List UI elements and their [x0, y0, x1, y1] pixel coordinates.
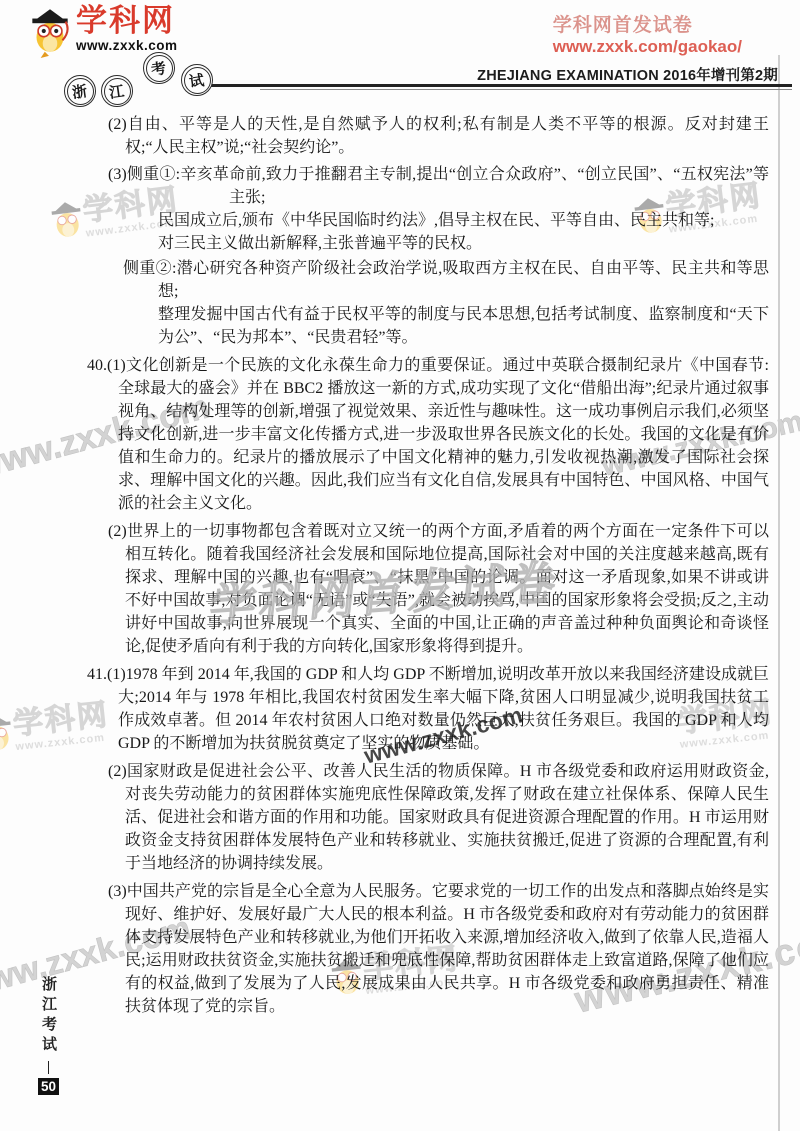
answer-paragraph: (2)国家财政是促进社会公平、改善人民生活的物质保障。H 市各级党委和政府运用财…: [87, 760, 769, 875]
answer-paragraph: 侧重②:潜心研究各种资产阶级社会政治学说,吸取西方主权在民、自由平等、民主共和等…: [87, 257, 769, 303]
owl-mascot-icon: [28, 4, 72, 58]
header-right: 学科网首发试卷 www.zxxk.com/gaokao/: [553, 10, 742, 57]
owl-mascot-icon: [0, 709, 17, 761]
spine: 浙江考试 50: [38, 976, 59, 1095]
answer-paragraph: 对三民主义做出新解释,主张普遍平等的民权。: [87, 232, 769, 255]
answer-paragraph: (3)中国共产党的宗旨是全心全意为人民服务。它要求党的一切工作的出发点和落脚点始…: [87, 880, 769, 1018]
seal-stamp: 浙: [64, 75, 96, 107]
owl-mascot-icon: [47, 196, 87, 249]
scan-edge-line: [778, 55, 780, 1131]
answers-section: (2)自由、平等是人的天性,是自然赋予人的权利;私有制是人类不平等的根源。反对封…: [87, 108, 769, 1018]
scanned-exam-page: 学科网 www.zxxk.com 学科网首发试卷 www.zxxk.com/ga…: [0, 0, 800, 1131]
spine-label: 浙江考试: [38, 976, 59, 1056]
brand-name: 学科网: [76, 4, 178, 38]
answer-paragraph: 整理发掘中国古代有益于民权平等的制度与民本思想,包括考试制度、监察制度和“天下为…: [87, 303, 769, 349]
seal-stamp: 考: [143, 52, 175, 84]
answer-paragraph: 民国成立后,颁布《中华民国临时约法》,倡导主权在民、平等自由、民主共和等;: [87, 209, 769, 232]
spine-dash: [48, 1061, 50, 1074]
answer-paragraph: 41.(1)1978 年到 2014 年,我国的 GDP 和人均 GDP 不断增…: [87, 663, 769, 755]
answer-paragraph: 40.(1)文化创新是一个民族的文化永葆生命力的重要保证。通过中英联合摄制纪录片…: [87, 354, 769, 515]
journal-title: ZHEJIANG EXAMINATION 2016年增刊第2期: [477, 64, 778, 85]
brand-url: www.zxxk.com: [76, 38, 178, 53]
gaokao-url: www.zxxk.com/gaokao/: [553, 37, 742, 57]
answer-paragraph: (2)世界上的一切事物都包含着既对立又统一的两个方面,矛盾着的两个方面在一定条件…: [87, 520, 769, 658]
first-release-slogan: 学科网首发试卷: [553, 10, 742, 37]
seal-stamp: 试: [181, 64, 213, 96]
answer-paragraph: (3)侧重①:辛亥革命前,致力于推翻君主专制,提出“创立合众政府”、“创立民国”…: [87, 163, 769, 209]
seal-stamp: 江: [101, 75, 133, 107]
header-rule: [210, 84, 792, 87]
page-number-badge: 50: [38, 1078, 59, 1095]
answer-paragraph: (2)自由、平等是人的天性,是自然赋予人的权利;私有制是人类不平等的根源。反对封…: [87, 113, 769, 159]
header-rule-shadow: [260, 89, 792, 90]
site-logo: 学科网 www.zxxk.com: [28, 4, 178, 58]
